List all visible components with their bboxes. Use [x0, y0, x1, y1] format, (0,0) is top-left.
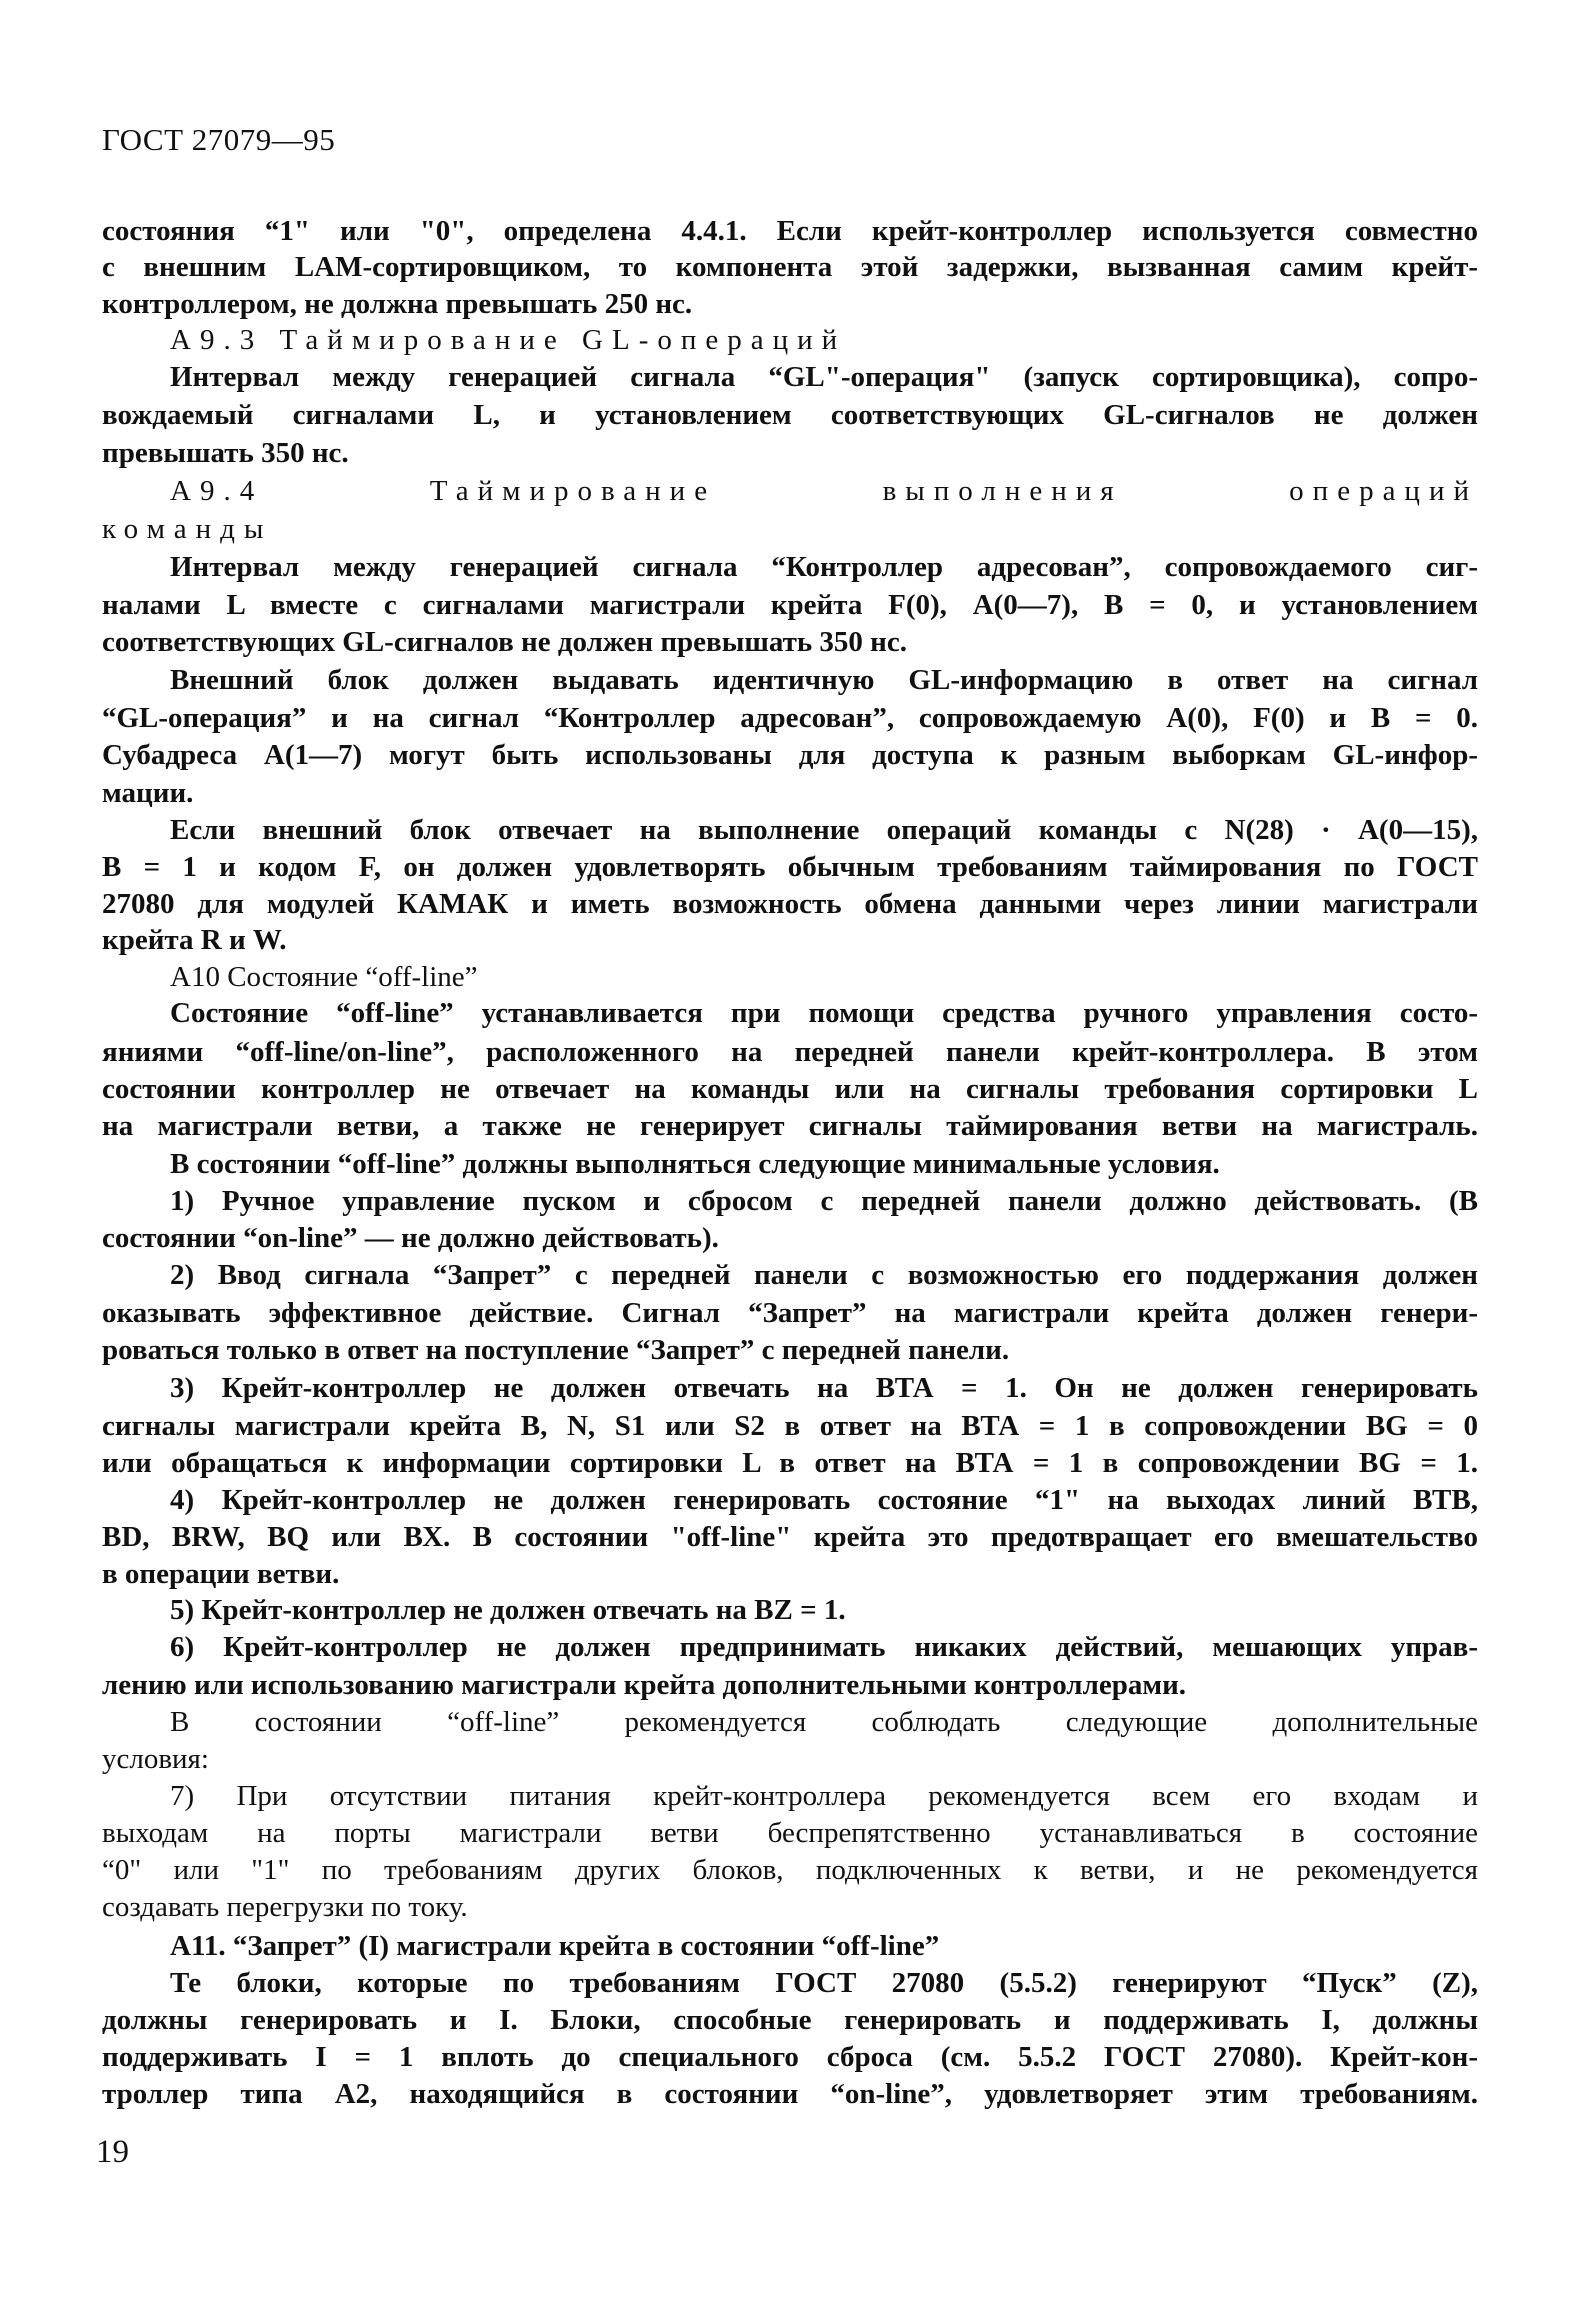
text-line: 27080 для модулей КАМАК и иметь возможно…	[102, 887, 1478, 921]
text-line: мации.	[102, 776, 1478, 810]
text-line: А10 Состояние “off-line”	[170, 960, 1478, 994]
text-line: А9.4 Таймирование выполнения операций	[170, 474, 1478, 508]
text-line: 3) Крейт-контроллер не должен отвечать н…	[170, 1371, 1478, 1405]
text-line: лению или использованию магистрали крейт…	[102, 1668, 1478, 1702]
text-line: В = 1 и кодом F, он должен удовлетворять…	[102, 850, 1478, 884]
text-line: на магистрали ветви, а также не генериру…	[102, 1109, 1478, 1143]
text-line: поддерживать I = 1 вплоть до специальног…	[102, 2040, 1478, 2074]
text-line: в операции ветви.	[102, 1557, 1478, 1591]
text-line: состоянии контроллер не отвечает на кома…	[102, 1072, 1478, 1106]
text-line: 7) При отсутствии питания крейт-контролл…	[170, 1779, 1478, 1813]
text-line: В состоянии “off-line” должны выполнятьс…	[170, 1147, 1478, 1181]
text-line: 5) Крейт-контроллер не должен отвечать н…	[170, 1593, 1478, 1627]
text-line: с внешним LAM-сортировщиком, то компонен…	[102, 250, 1478, 284]
text-line: вождаемый сигналами L, и установлением с…	[102, 398, 1478, 432]
text-line: Если внешний блок отвечает на выполнение…	[170, 813, 1478, 847]
text-line: выходам на порты магистрали ветви беспре…	[102, 1816, 1478, 1850]
text-line: должны генерировать и I. Блоки, способны…	[102, 2003, 1478, 2037]
text-line: налами L вместе с сигналами магистрали к…	[102, 588, 1478, 622]
text-line: 6) Крейт-контроллер не должен предприним…	[170, 1630, 1478, 1664]
text-line: А9.3 Таймирование GL-операций	[170, 323, 1478, 357]
text-line: сигналы магистрали крейта В, N, S1 или S…	[102, 1409, 1478, 1443]
text-line: соответствующих GL-сигналов не должен пр…	[102, 625, 1478, 659]
text-line: Состояние “off-line” устанавливается при…	[170, 996, 1478, 1030]
text-line: или обращаться к информации сортировки L…	[102, 1446, 1478, 1480]
text-line: Внешний блок должен выдавать идентичную …	[170, 663, 1478, 697]
text-line: крейта R и W.	[102, 923, 1478, 957]
running-header: ГОСТ 27079—95	[102, 122, 335, 158]
document-page: ГОСТ 27079—95 состояния “1" или "0", опр…	[0, 0, 1578, 2323]
text-line: Интервал между генерацией сигнала “Контр…	[170, 550, 1478, 584]
text-line: “0" или "1" по требованиям других блоков…	[102, 1853, 1478, 1887]
text-line: команды	[102, 512, 1478, 546]
text-line: состояния “1" или "0", определена 4.4.1.…	[102, 214, 1478, 248]
text-line: 1) Ручное управление пуском и сбросом с …	[170, 1184, 1478, 1218]
text-line: состоянии “on-line” — не должно действов…	[102, 1221, 1478, 1255]
text-line: троллер типа А2, находящийся в состоянии…	[102, 2077, 1478, 2111]
text-line: BD, BRW, BQ или ВХ. В состоянии "off-lin…	[102, 1520, 1478, 1554]
text-line: Те блоки, которые по требованиям ГОСТ 27…	[170, 1966, 1478, 2000]
text-line: оказывать эффективное действие. Сигнал “…	[102, 1296, 1478, 1330]
text-line: Интервал между генерацией сигнала “GL"-о…	[170, 360, 1478, 394]
text-line: условия:	[102, 1742, 1478, 1776]
text-line: В состоянии “off-line” рекомендуется соб…	[170, 1705, 1478, 1739]
text-line: “GL-операция” и на сигнал “Контроллер ад…	[102, 701, 1478, 735]
text-line: яниями “off-line/on-line”, расположенног…	[102, 1035, 1478, 1069]
text-line: 2) Ввод сигнала “Запрет” с передней пане…	[170, 1258, 1478, 1292]
text-line: 4) Крейт-контроллер не должен генерирова…	[170, 1483, 1478, 1517]
text-line: роваться только в ответ на поступление “…	[102, 1333, 1478, 1367]
text-line: Субадреса А(1—7) могут быть использованы…	[102, 738, 1478, 772]
text-line: контроллером, не должна превышать 250 нс…	[102, 287, 1478, 321]
text-line: превышать 350 нс.	[102, 436, 1478, 470]
page-number: 19	[96, 2134, 129, 2171]
text-line: создавать перегрузки по току.	[102, 1890, 1478, 1924]
text-line: А11. “Запрет” (I) магистрали крейта в со…	[170, 1929, 1478, 1963]
